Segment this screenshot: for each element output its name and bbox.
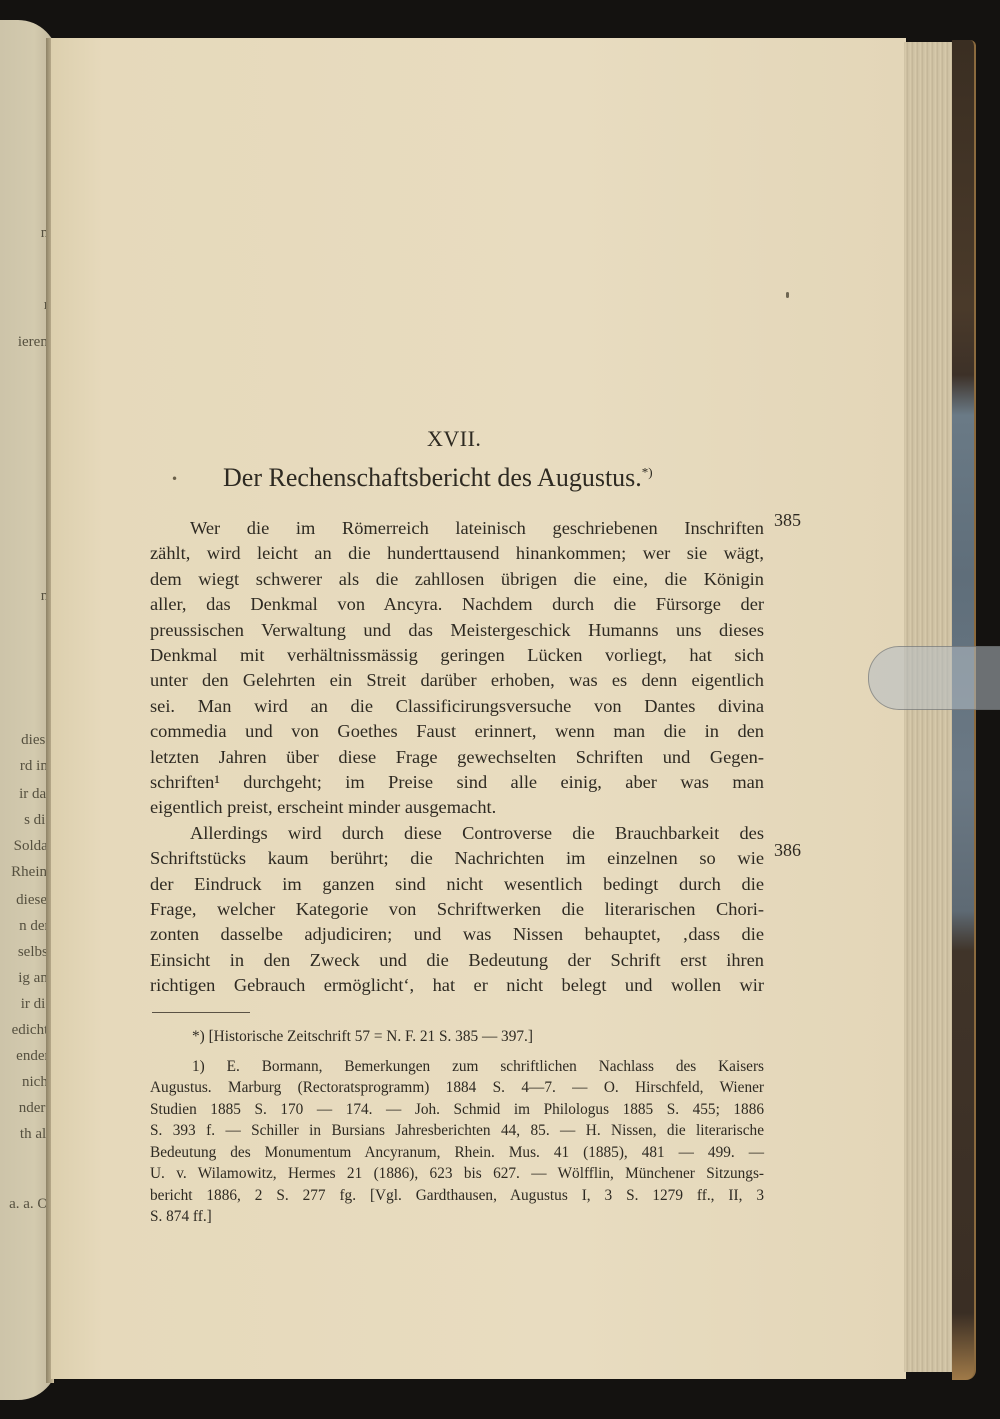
body-line: commedia und von Goethes Faust erinnert,…: [150, 719, 764, 744]
body-line: Frage, welcher Kategorie von Schriftwerk…: [150, 897, 764, 922]
body-line: eigentlich preist, erscheint minder ausg…: [150, 795, 764, 820]
body-line: Schriftstücks kaum berührt; die Nachrich…: [150, 846, 764, 871]
book-cover-edge: [952, 40, 976, 1380]
margin-page-number: 385: [774, 510, 801, 531]
footnote-line: Augustus. Marburg (Rectoratsprogramm) 18…: [150, 1077, 764, 1098]
margin-mark: •: [171, 472, 178, 486]
body-line: Denkmal mit verhältnissmässig geringen L…: [150, 643, 764, 668]
title-footnote-marker: *): [642, 464, 653, 479]
body-line: schriften¹ durchgeht; im Preise sind all…: [150, 770, 764, 795]
page-clip: [868, 646, 1000, 710]
margin-page-number: 386: [774, 840, 801, 861]
chapter-title: Der Rechenschaftsbericht des Augustus.*): [223, 463, 653, 493]
body-line: Einsicht in den Zweck und die Bedeutung …: [150, 948, 764, 973]
body-line: dem wiegt schwerer als die zahllosen übr…: [150, 567, 764, 592]
body-line: sei. Man wird an die Classificirungsvers…: [150, 694, 764, 719]
footnote-line: Studien 1885 S. 170 — 174. — Joh. Schmid…: [150, 1099, 764, 1120]
paper-speck: [786, 292, 789, 298]
body-line: letzten Jahren über diese Frage gewechse…: [150, 745, 764, 770]
chapter-title-text: Der Rechenschaftsbericht des Augustus.: [223, 463, 642, 492]
footnote-line: 1) E. Bormann, Bemerkungen zum schriftli…: [192, 1056, 764, 1077]
footnote-line: S. 393 f. — Schiller in Bursians Jahresb…: [150, 1120, 764, 1141]
footnote-line: bericht 1886, 2 S. 277 fg. [Vgl. Gardtha…: [150, 1185, 764, 1206]
footnote-rule: [152, 1012, 250, 1013]
body-line: Allerdings wird durch diese Controverse …: [190, 821, 764, 846]
chapter-number: XVII.: [427, 426, 481, 452]
body-line: richtigen Gebrauch ermöglicht‘, hat er n…: [150, 973, 764, 998]
footnote-line: *) [Historische Zeitschrift 57 = N. F. 2…: [192, 1026, 764, 1047]
footnote-line: Bedeutung des Monumentum Ancyranum, Rhei…: [150, 1142, 764, 1163]
footnote-line: S. 874 ff.]: [150, 1206, 764, 1227]
body-line: Wer die im Römerreich lateinisch geschri…: [190, 516, 764, 541]
body-line: zählt, wird leicht an die hunderttausend…: [150, 541, 764, 566]
footnote-line: U. v. Wilamowitz, Hermes 21 (1886), 623 …: [150, 1163, 764, 1184]
body-line: aller, das Denkmal von Ancyra. Nachdem d…: [150, 592, 764, 617]
body-line: preussischen Verwaltung und das Meisterg…: [150, 618, 764, 643]
body-line: der Eindruck im ganzen sind nicht wesent…: [150, 872, 764, 897]
body-line: unter den Gelehrten ein Streit darüber e…: [150, 668, 764, 693]
body-line: zonten dasselbe adjudiciren; und was Nis…: [150, 922, 764, 947]
